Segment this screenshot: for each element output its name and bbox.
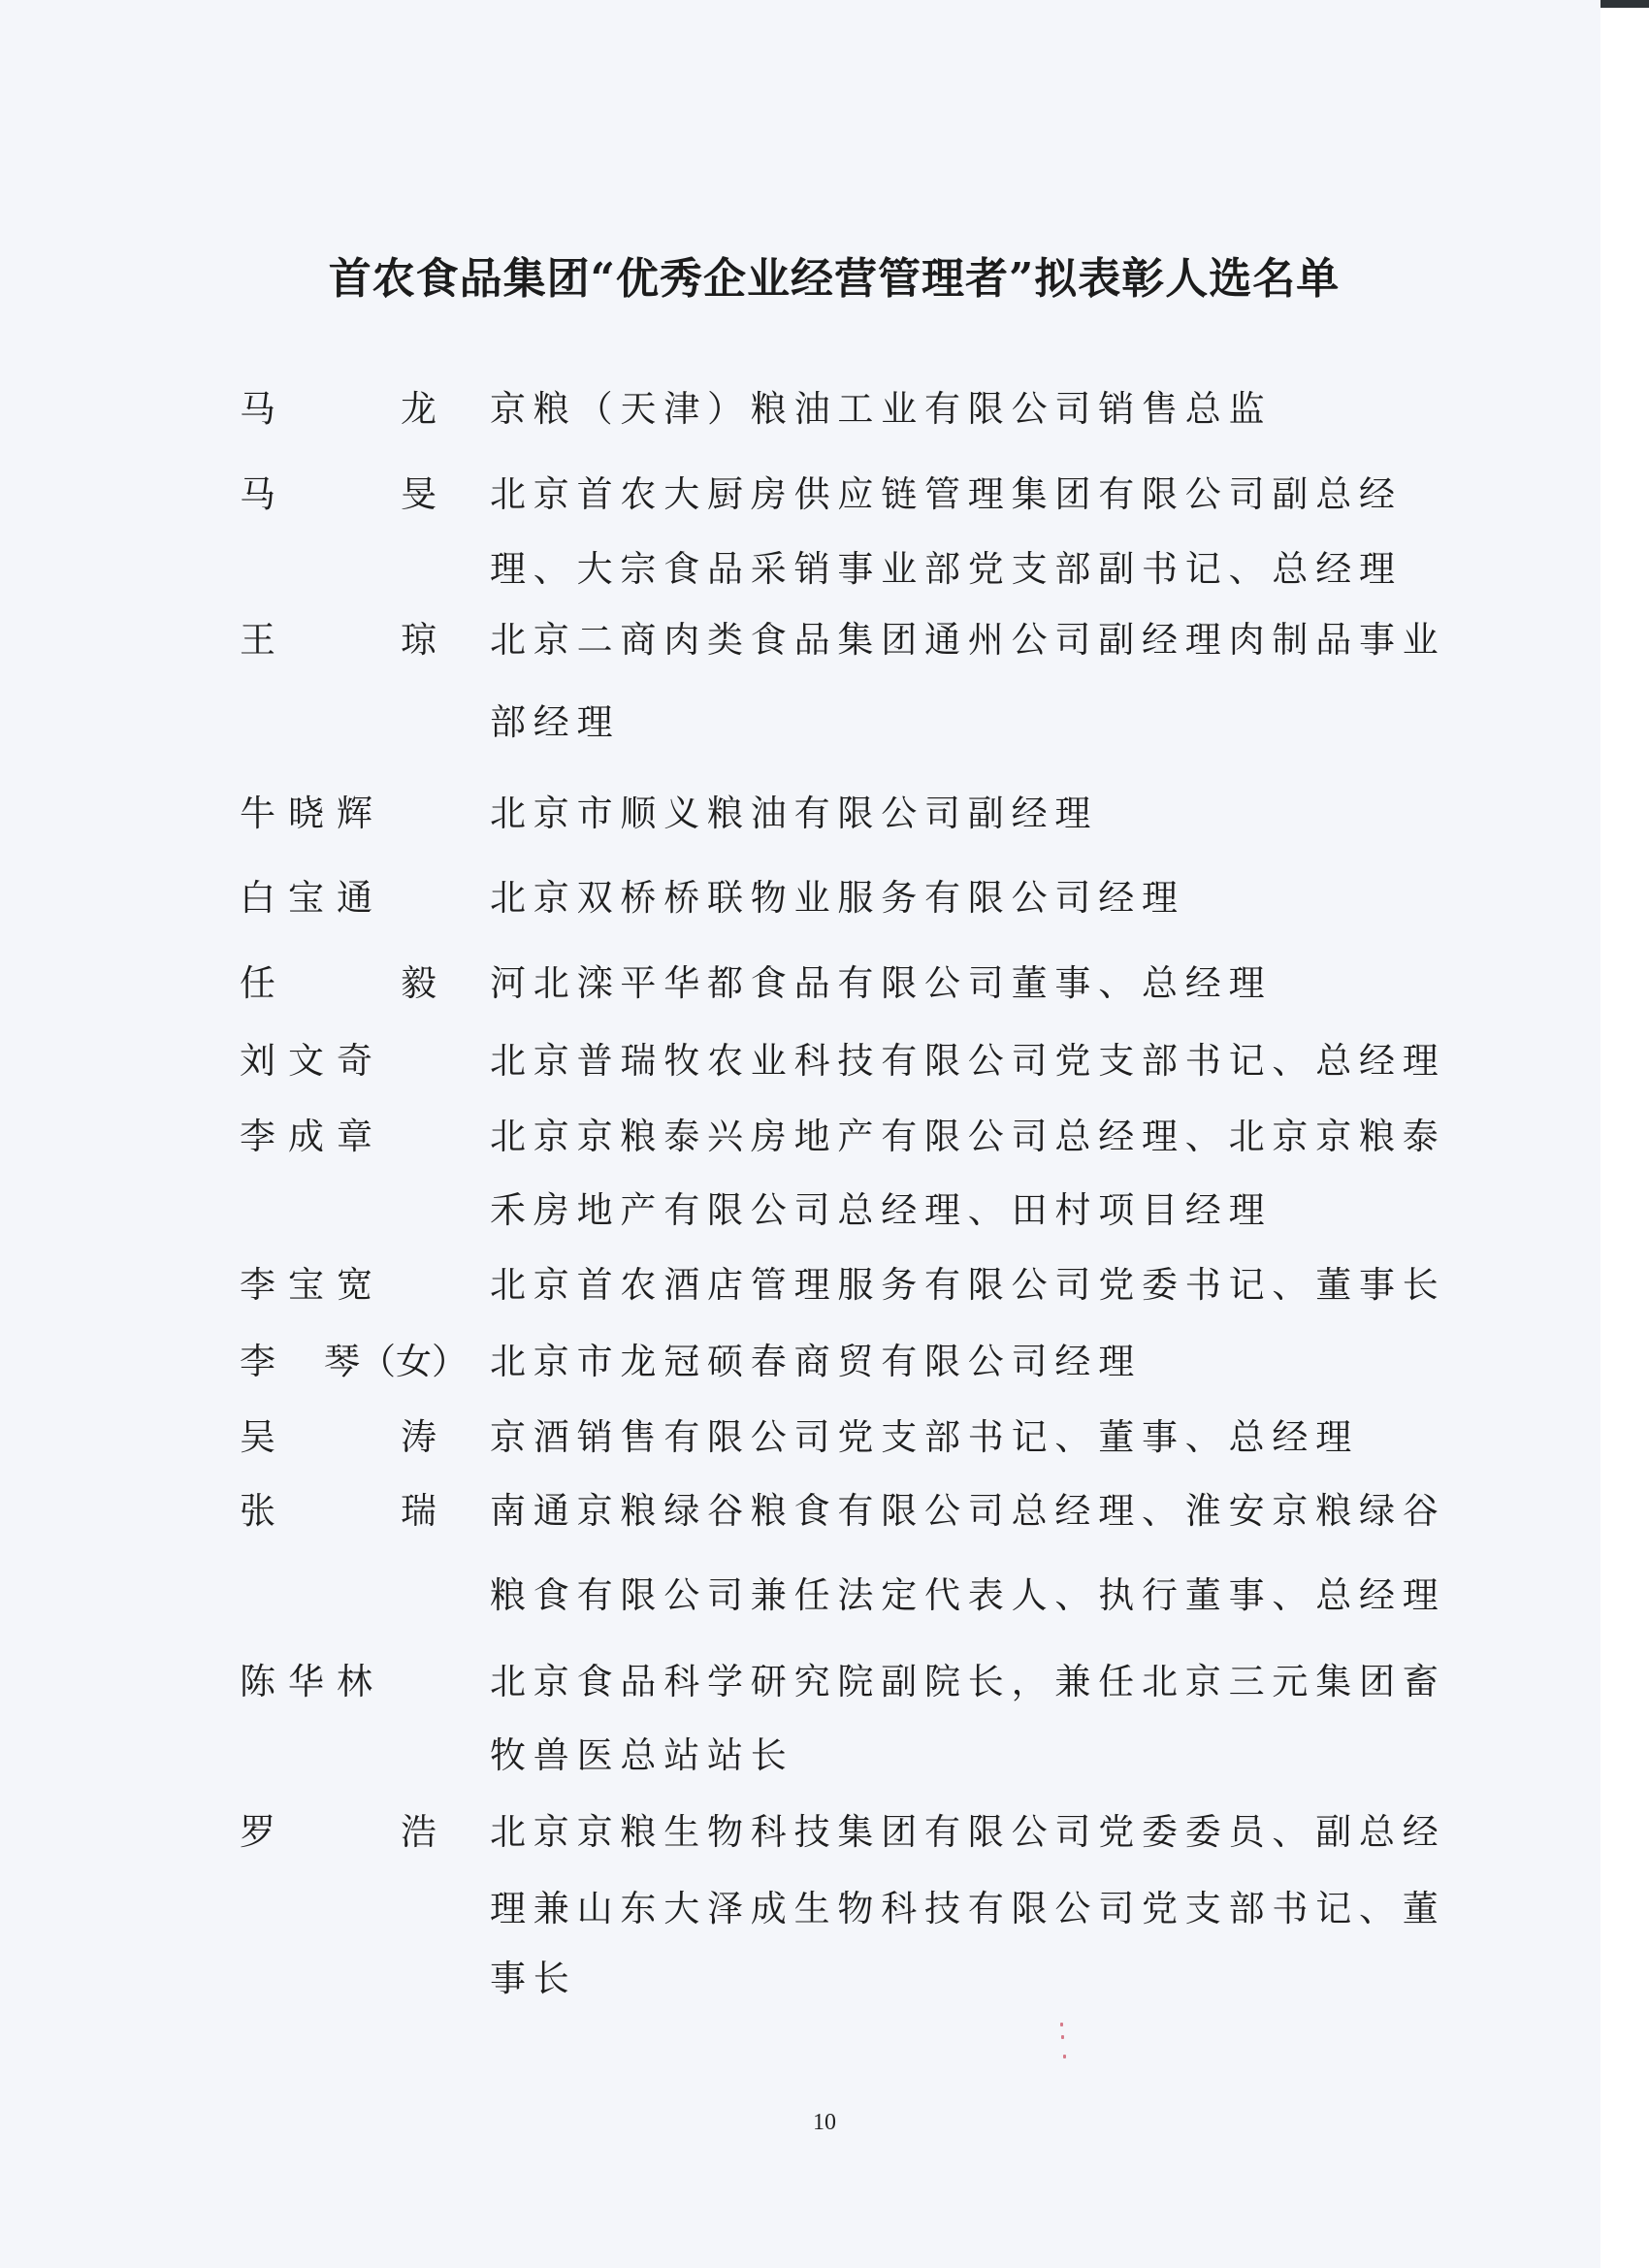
nominee-position: 北京市龙冠硕春商贸有限公司经理 bbox=[490, 1338, 1142, 1386]
nominee-position: 北京京粮生物科技集团有限公司党委委员、副总经 bbox=[490, 1808, 1446, 1857]
nominee-position: 北京双桥桥联物业服务有限公司经理 bbox=[490, 874, 1185, 923]
nominee-name: 陈华林 bbox=[240, 1658, 385, 1706]
nominee-position-continued: 部经理 bbox=[490, 698, 620, 747]
nominee-position-continued: 粮食有限公司兼任法定代表人、执行董事、总经理 bbox=[490, 1571, 1446, 1620]
nominee-position-continued: 理兼山东大泽成生物科技有限公司党支部书记、董 bbox=[490, 1885, 1446, 1933]
name-part: 涛 bbox=[401, 1416, 449, 1458]
nominee-name: 李琴（女） bbox=[240, 1338, 468, 1386]
scan-artifact bbox=[1061, 2035, 1064, 2039]
scan-artifact bbox=[1060, 2023, 1063, 2026]
nominee-position: 京粮（天津）粮油工业有限公司销售总监 bbox=[490, 385, 1272, 434]
name-part: 吴 bbox=[240, 1416, 288, 1458]
document-title: 首农食品集团“优秀企业经营管理者”拟表彰人选名单 bbox=[0, 250, 1649, 308]
name-part: 罗 bbox=[240, 1811, 288, 1853]
name-part: 任 bbox=[240, 962, 288, 1004]
nominee-name: 任毅 bbox=[240, 959, 449, 1008]
name-part: 李 bbox=[240, 1341, 275, 1382]
name-part: 龙 bbox=[401, 388, 449, 430]
name-part: 王 bbox=[240, 619, 288, 661]
nominee-position: 北京首农大厨房供应链管理集团有限公司副总经 bbox=[490, 470, 1403, 519]
name-part: 张 bbox=[240, 1490, 288, 1532]
page-number: 10 bbox=[0, 2110, 1649, 2136]
nominee-name: 吴涛 bbox=[240, 1413, 449, 1462]
scanner-edge-strip bbox=[1600, 0, 1649, 8]
nominee-name: 王琼 bbox=[240, 616, 449, 664]
nominee-position-continued: 牧兽医总站站长 bbox=[490, 1732, 794, 1780]
name-part: 旻 bbox=[401, 473, 449, 515]
nominee-name: 罗浩 bbox=[240, 1808, 449, 1857]
scan-artifact bbox=[1063, 2055, 1066, 2058]
nominee-name: 牛晓辉 bbox=[240, 790, 385, 838]
nominee-position: 北京普瑞牧农业科技有限公司党支部书记、总经理 bbox=[490, 1037, 1446, 1085]
name-part: 琼 bbox=[401, 619, 449, 661]
name-part: 毅 bbox=[401, 962, 449, 1004]
name-part: 琴（女） bbox=[324, 1341, 468, 1382]
name-part: 瑞 bbox=[401, 1490, 449, 1532]
nominee-position-continued: 事长 bbox=[490, 1955, 577, 2003]
name-part: 浩 bbox=[401, 1811, 449, 1853]
nominee-position-continued: 禾房地产有限公司总经理、田村项目经理 bbox=[490, 1186, 1272, 1235]
name-part: 马 bbox=[240, 473, 288, 515]
nominee-position: 北京京粮泰兴房地产有限公司总经理、北京京粮泰 bbox=[490, 1113, 1446, 1161]
nominee-position: 北京市顺义粮油有限公司副经理 bbox=[490, 790, 1098, 838]
nominee-position: 京酒销售有限公司党支部书记、董事、总经理 bbox=[490, 1413, 1359, 1462]
nominee-position: 河北滦平华都食品有限公司董事、总经理 bbox=[490, 959, 1272, 1008]
nominee-position: 北京首农酒店管理服务有限公司党委书记、董事长 bbox=[490, 1261, 1446, 1310]
nominee-position-continued: 理、大宗食品采销事业部党支部副书记、总经理 bbox=[490, 545, 1403, 594]
name-part: 马 bbox=[240, 388, 288, 430]
nominee-name: 李宝宽 bbox=[240, 1261, 385, 1310]
nominee-position: 南通京粮绿谷粮食有限公司总经理、淮安京粮绿谷 bbox=[490, 1487, 1446, 1536]
nominee-name: 张瑞 bbox=[240, 1487, 449, 1536]
nominee-name: 刘文奇 bbox=[240, 1037, 385, 1085]
nominee-position: 北京食品科学研究院副院长，兼任北京三元集团畜 bbox=[490, 1658, 1446, 1706]
nominee-position: 北京二商肉类食品集团通州公司副经理肉制品事业 bbox=[490, 616, 1446, 664]
nominee-name: 李成章 bbox=[240, 1113, 385, 1161]
nominee-name: 马旻 bbox=[240, 470, 449, 519]
nominee-name: 马龙 bbox=[240, 385, 449, 434]
nominee-name: 白宝通 bbox=[240, 874, 385, 923]
